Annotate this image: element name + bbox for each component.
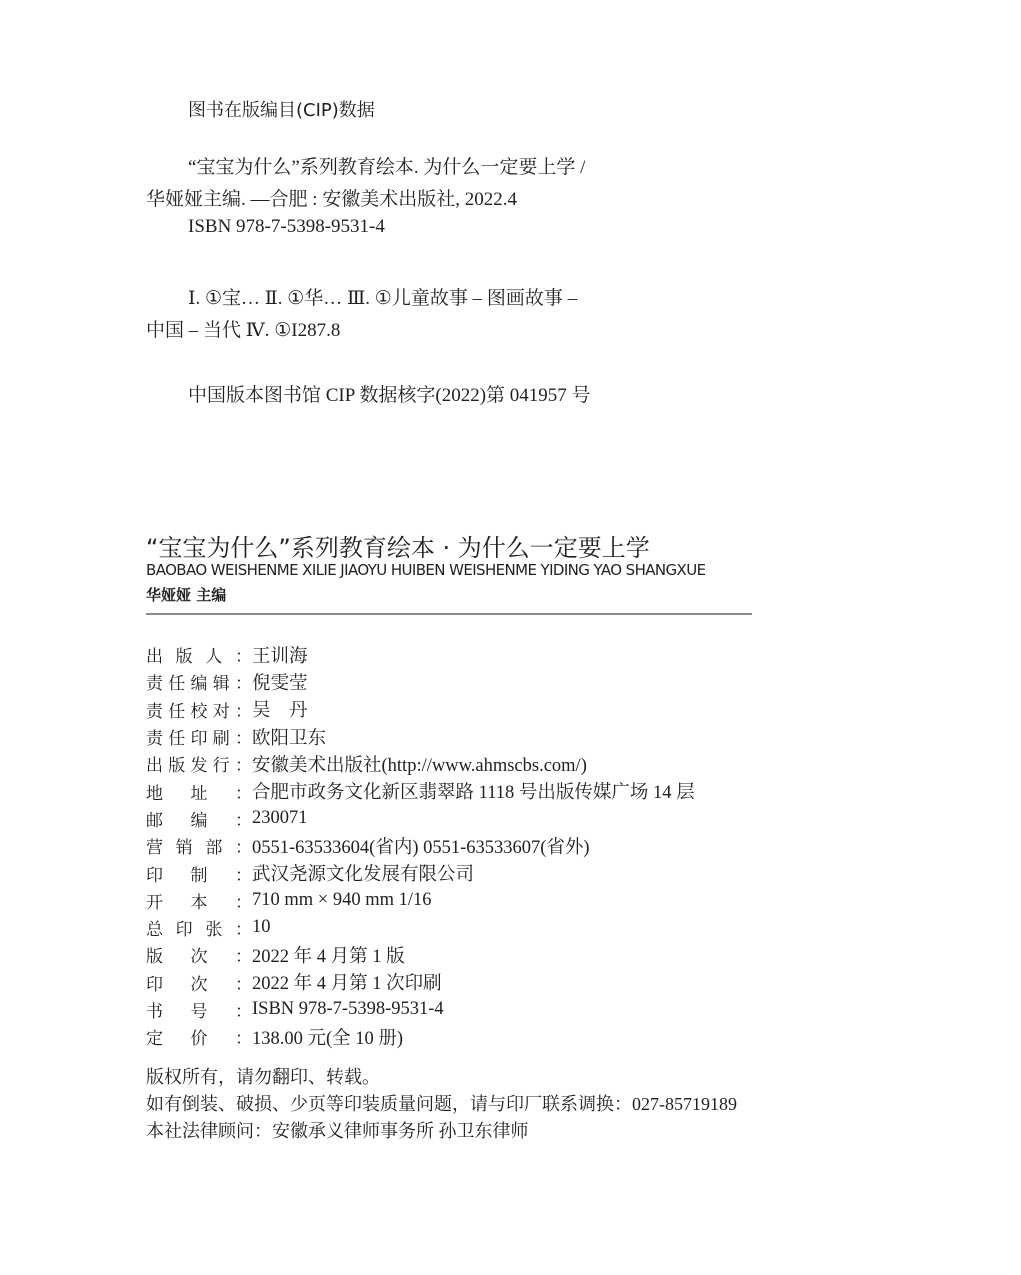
cip-heading: 图书在版编目(CIP)数据 (188, 96, 375, 122)
label-colon: ： (235, 997, 252, 1022)
info-label-char: 出 (146, 642, 163, 667)
copyright-notes: 版权所有，请勿翻印、转载。如有倒装、破损、少页等印装质量问题，请与印厂联系调换：… (146, 1063, 737, 1144)
info-value: 欧阳卫东 (252, 724, 326, 750)
info-value: ISBN 978-7-5398-9531-4 (252, 999, 444, 1020)
note-line: 本社法律顾问：安徽承义律师事务所 孙卫东律师 (146, 1117, 737, 1144)
info-label-char: 价 (191, 1024, 208, 1049)
info-label-char: 号 (191, 997, 208, 1022)
info-label-char: 营 (146, 833, 163, 858)
info-row: 地址：合肥市政务文化新区翡翠路 1118 号出版传媒广场 14 层 (146, 777, 695, 804)
info-label: 开本： (146, 888, 252, 913)
info-label-char: 址 (191, 779, 208, 804)
info-row: 营销部：0551-63533604(省内) 0551-63533607(省外) (146, 832, 695, 859)
info-label-char: 发 (191, 751, 208, 776)
info-label: 出版人： (146, 642, 252, 667)
info-label-char: 版 (168, 751, 185, 776)
info-label-char: 辑 (213, 669, 230, 694)
info-label-char: 邮 (146, 806, 163, 831)
info-row: 定价：138.00 元(全 10 册) (146, 1023, 695, 1050)
info-row: 责任编辑：倪雯莹 (146, 668, 695, 695)
info-value: 710 mm × 940 mm 1/16 (252, 890, 432, 911)
info-label-char: 印 (146, 970, 163, 995)
info-label: 责任编辑： (146, 669, 252, 694)
info-label: 地址： (146, 779, 252, 804)
info-value: 倪雯莹 (252, 669, 308, 695)
note-line: 如有倒装、破损、少页等印装质量问题，请与印厂联系调换：027-85719189 (146, 1090, 737, 1117)
info-label-char: 人 (205, 642, 222, 667)
info-label-char: 制 (191, 861, 208, 886)
info-label-char: 版 (176, 642, 193, 667)
info-value: 安徽美术出版社(http://www.ahmscbs.com/) (252, 751, 587, 777)
info-label: 责任印刷： (146, 724, 252, 749)
info-label-char: 行 (213, 751, 230, 776)
info-label-char: 印 (191, 724, 208, 749)
info-label-char: 编 (191, 806, 208, 831)
label-colon: ： (235, 642, 252, 667)
label-colon: ： (235, 669, 252, 694)
cip-title-line-cont: 华娅娅主编. —合肥 : 安徽美术出版社, 2022.4 (146, 184, 517, 211)
publication-info-table: 出版人：王训海责任编辑：倪雯莹责任校对：吴 丹责任印刷：欧阳卫东出版发行：安徽美… (146, 641, 695, 1050)
cip-isbn: ISBN 978-7-5398-9531-4 (188, 216, 385, 238)
info-row: 邮编：230071 (146, 805, 695, 832)
info-label-char: 次 (191, 970, 208, 995)
info-value: 0551-63533604(省内) 0551-63533607(省外) (252, 833, 590, 859)
info-value: 王训海 (252, 642, 308, 668)
info-row: 责任校对：吴 丹 (146, 696, 695, 723)
label-colon: ： (235, 1024, 252, 1049)
info-row: 责任印刷：欧阳卫东 (146, 723, 695, 750)
book-title-pinyin: BAOBAO WEISHENME XILIE JIAOYU HUIBEN WEI… (146, 561, 706, 579)
info-label-char: 校 (191, 697, 208, 722)
info-row: 版次：2022 年 4 月第 1 版 (146, 941, 695, 968)
label-colon: ： (235, 724, 252, 749)
info-value: 10 (252, 917, 271, 938)
info-label-char: 书 (146, 997, 163, 1022)
info-label-char: 张 (205, 915, 222, 940)
info-label-char: 次 (191, 942, 208, 967)
label-colon: ： (235, 942, 252, 967)
info-label-char: 印 (176, 915, 193, 940)
info-label: 版次： (146, 942, 252, 967)
info-row: 书号：ISBN 978-7-5398-9531-4 (146, 996, 695, 1023)
info-label-char: 任 (168, 697, 185, 722)
cip-approval-number: 中国版本图书馆 CIP 数据核字(2022)第 041957 号 (188, 380, 591, 407)
label-colon: ： (235, 888, 252, 913)
info-label-char: 任 (168, 724, 185, 749)
info-value: 230071 (252, 808, 308, 829)
info-row: 开本：710 mm × 940 mm 1/16 (146, 887, 695, 914)
info-row: 出版发行：安徽美术出版社(http://www.ahmscbs.com/) (146, 750, 695, 777)
info-label-char: 对 (213, 697, 230, 722)
info-value: 武汉尧源文化发展有限公司 (252, 860, 474, 886)
label-colon: ： (235, 861, 252, 886)
info-label-char: 责 (146, 669, 163, 694)
label-colon: ： (235, 779, 252, 804)
label-colon: ： (235, 751, 252, 776)
info-label-char: 定 (146, 1024, 163, 1049)
info-label-char: 开 (146, 888, 163, 913)
label-colon: ： (235, 915, 252, 940)
info-value: 合肥市政务文化新区翡翠路 1118 号出版传媒广场 14 层 (252, 778, 695, 804)
info-row: 印次：2022 年 4 月第 1 次印刷 (146, 969, 695, 996)
label-colon: ： (235, 806, 252, 831)
cip-title-line: “宝宝为什么”系列教育绘本. 为什么一定要上学 / (188, 152, 585, 179)
info-value: 138.00 元(全 10 册) (252, 1024, 403, 1050)
info-row: 出版人：王训海 (146, 641, 695, 668)
info-label: 书号： (146, 997, 252, 1022)
info-label: 印制： (146, 861, 252, 886)
info-label-char: 地 (146, 779, 163, 804)
info-label-char: 部 (205, 833, 222, 858)
info-label-char: 总 (146, 915, 163, 940)
info-label-char: 印 (146, 861, 163, 886)
cip-classification-cont: 中国 – 当代 Ⅳ. ①I287.8 (146, 315, 340, 342)
cip-classification: Ⅰ. ①宝… Ⅱ. ①华… Ⅲ. ①儿童故事 – 图画故事 – (188, 283, 577, 310)
divider-rule (146, 613, 752, 615)
info-label-char: 责 (146, 697, 163, 722)
info-row: 印制：武汉尧源文化发展有限公司 (146, 859, 695, 886)
label-colon: ： (235, 697, 252, 722)
info-label: 出版发行： (146, 751, 252, 776)
info-row: 总印张：10 (146, 914, 695, 941)
info-label-char: 销 (176, 833, 193, 858)
info-label: 营销部： (146, 833, 252, 858)
info-label-char: 本 (191, 888, 208, 913)
note-line: 版权所有，请勿翻印、转载。 (146, 1063, 737, 1090)
info-label-char: 责 (146, 724, 163, 749)
info-value: 2022 年 4 月第 1 次印刷 (252, 969, 442, 995)
info-label: 定价： (146, 1024, 252, 1049)
info-label-char: 编 (191, 669, 208, 694)
info-value: 吴 丹 (252, 696, 308, 722)
info-label-char: 刷 (213, 724, 230, 749)
info-label-char: 版 (146, 942, 163, 967)
info-label: 印次： (146, 970, 252, 995)
label-colon: ： (235, 833, 252, 858)
info-label: 总印张： (146, 915, 252, 940)
info-label: 责任校对： (146, 697, 252, 722)
info-label-char: 出 (146, 751, 163, 776)
info-label: 邮编： (146, 806, 252, 831)
info-label-char: 任 (168, 669, 185, 694)
book-title-chinese: “宝宝为什么”系列教育绘本 · 为什么一定要上学 (146, 528, 650, 563)
info-value: 2022 年 4 月第 1 版 (252, 942, 405, 968)
label-colon: ： (235, 970, 252, 995)
book-editor: 华娅娅 主编 (146, 584, 226, 605)
